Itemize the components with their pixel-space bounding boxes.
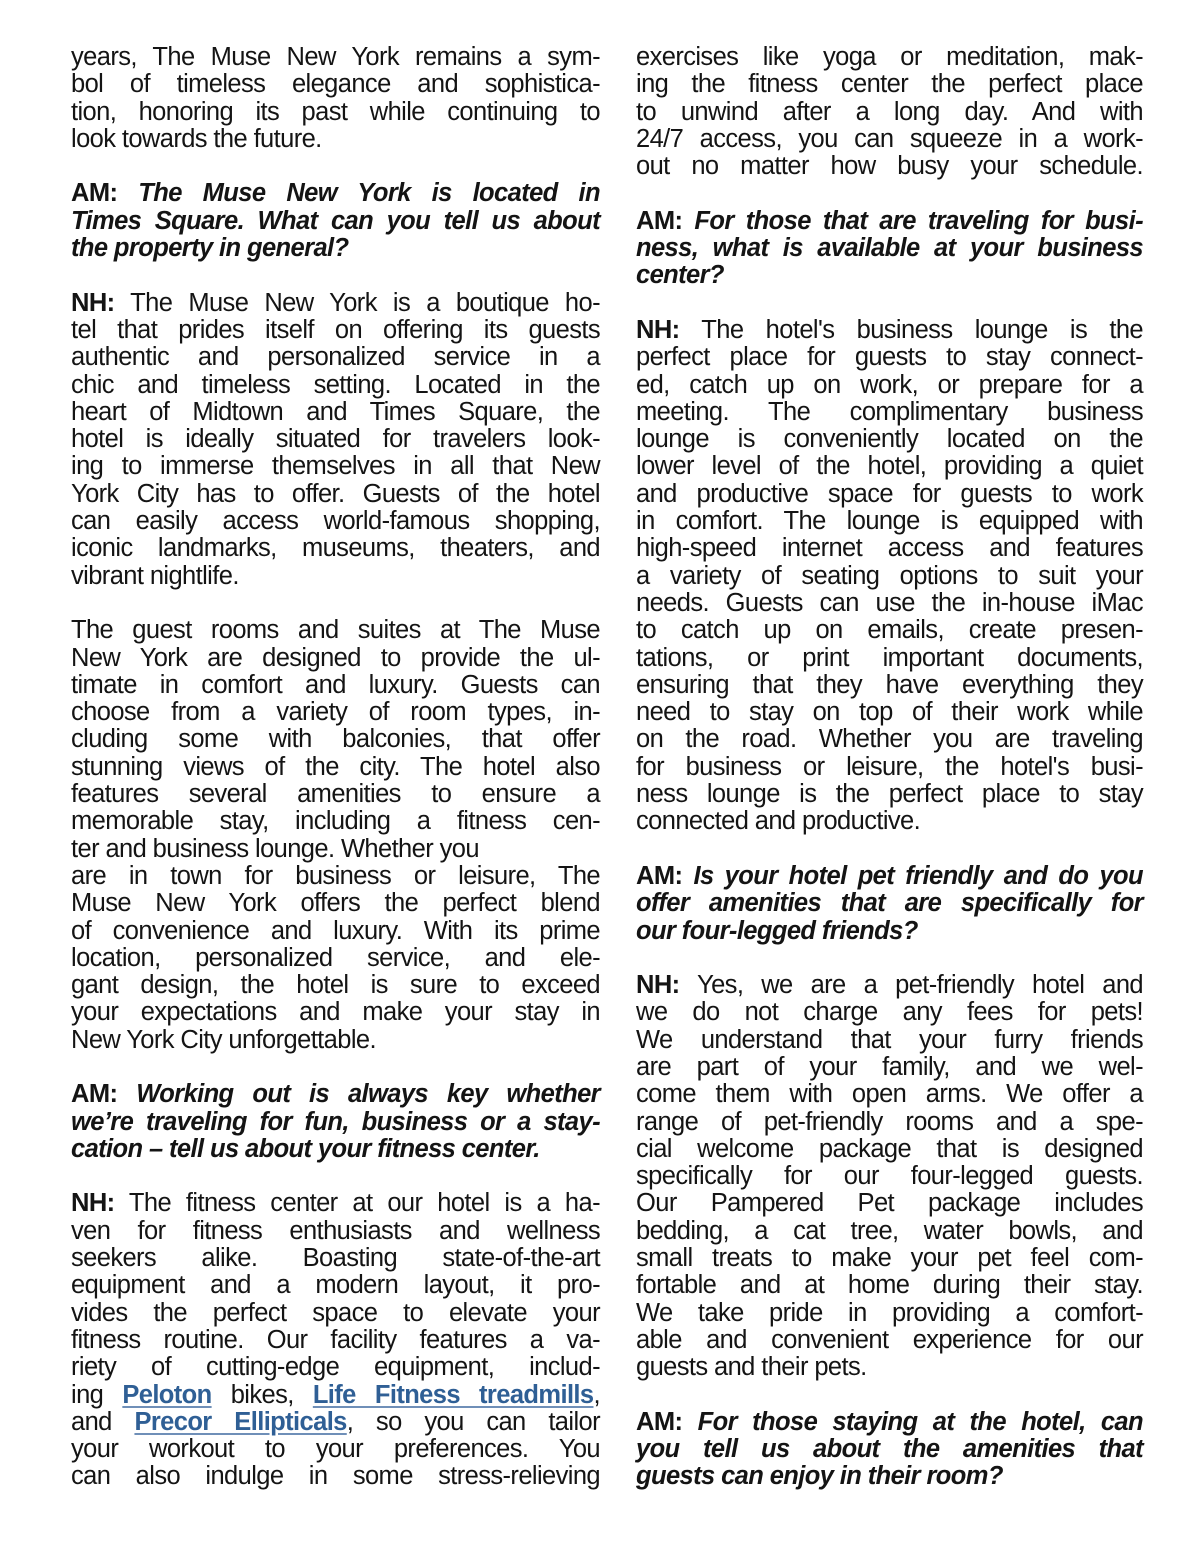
text-line: Muse New York offers the perfect blend	[71, 890, 600, 917]
text-line: needs. Guests can use the in-house iMac	[636, 590, 1143, 617]
text-line: able and convenient experience for our	[636, 1327, 1143, 1354]
text-line: ing to immerse themselves in all that Ne…	[71, 453, 600, 480]
text-line: AM: For those staying at the hotel, can	[636, 1409, 1143, 1436]
text-line: features several amenities to ensure a	[71, 781, 600, 808]
speaker-label: NH:	[636, 316, 680, 344]
text: ,	[594, 1381, 601, 1409]
text: and	[71, 1408, 134, 1436]
question-fitness: AM: Working out is always key whether we…	[71, 1081, 600, 1163]
text-line: AM: Is your hotel pet friendly and do yo…	[636, 863, 1143, 890]
speaker-label: AM:	[636, 207, 682, 235]
question-text: The Muse New York is located in	[117, 179, 600, 207]
question-text: Is your hotel pet friendly and do you	[682, 862, 1143, 890]
text-line: can also indulge in some stress-relievin…	[71, 1463, 600, 1490]
text-line: timate in comfort and luxury. Guests can	[71, 672, 600, 699]
fitness-paragraph-end: exercises like yoga or meditation, mak- …	[636, 44, 1143, 180]
intro-paragraph-end: years, The Muse New York remains a sym- …	[71, 44, 600, 153]
text-line: range of pet-friendly rooms and a spe-	[636, 1109, 1143, 1136]
text-line: in comfort. The lounge is equipped with	[636, 508, 1143, 535]
peloton-link[interactable]: Peloton	[122, 1381, 211, 1409]
text-line: NH: The fitness center at our hotel is a…	[71, 1190, 600, 1217]
text: bikes,	[212, 1381, 313, 1409]
question-text: For those staying at the hotel, can	[682, 1408, 1143, 1436]
text-line: your workout to your preferences. You	[71, 1436, 600, 1463]
text-line: the property in general?	[71, 235, 600, 262]
text-line: The guest rooms and suites at The Muse	[71, 617, 600, 644]
text-line: choose from a variety of room types, in-	[71, 699, 600, 726]
speaker-label: AM:	[636, 1408, 682, 1436]
text-line: center?	[636, 262, 1143, 289]
text-line: specifically for our four-legged guests.	[636, 1163, 1143, 1190]
text-line: bol of timeless elegance and sophistica-	[71, 71, 600, 98]
text-line: heart of Midtown and Times Square, the	[71, 399, 600, 426]
text-line: need to stay on top of their work while	[636, 699, 1143, 726]
answer-pets: NH: Yes, we are a pet-friendly hotel and…	[636, 972, 1143, 1381]
rooms-paragraph: The guest rooms and suites at The Muse N…	[71, 617, 600, 1054]
text-line: gant design, the hotel is sure to exceed	[71, 972, 600, 999]
text-line: Our Pampered Pet package includes	[636, 1190, 1143, 1217]
text: , so you can tailor	[347, 1408, 600, 1436]
text-line: to catch up on emails, create presen-	[636, 617, 1143, 644]
text-line: your expectations and make your stay in	[71, 999, 600, 1026]
text-line: connected and productive.	[636, 808, 1143, 835]
text-line: tations, or print important documents,	[636, 645, 1143, 672]
text-line: tel that prides itself on offering its g…	[71, 317, 600, 344]
right-column: exercises like yoga or meditation, mak- …	[636, 44, 1143, 1491]
question-property: AM: The Muse New York is located in Time…	[71, 180, 600, 262]
question-room-amenities: AM: For those staying at the hotel, can …	[636, 1409, 1143, 1491]
answer-business: NH: The hotel's business lounge is the p…	[636, 317, 1143, 836]
text-line: riety of cutting-edge equipment, includ-	[71, 1354, 600, 1381]
speaker-label: AM:	[71, 1080, 117, 1108]
text-line: ed, catch up on work, or prepare for a	[636, 372, 1143, 399]
text-line: years, The Muse New York remains a sym-	[71, 44, 600, 71]
text-line: AM: The Muse New York is located in	[71, 180, 600, 207]
answer-text: The Muse New York is a boutique ho-	[115, 289, 600, 317]
text-line: offer amenities that are specifically fo…	[636, 890, 1143, 917]
text-line: location, personalized service, and ele-	[71, 945, 600, 972]
text-line: ness lounge is the perfect place to stay	[636, 781, 1143, 808]
text-line: ensuring that they have everything they	[636, 672, 1143, 699]
text-line: We take pride in providing a comfort-	[636, 1300, 1143, 1327]
text-line: cation – tell us about your fitness cent…	[71, 1136, 600, 1163]
answer-text: The hotel's business lounge is the	[680, 316, 1143, 344]
text-line: look towards the future.	[71, 126, 600, 153]
text-line: high-speed internet access and features	[636, 535, 1143, 562]
text-line: vibrant nightlife.	[71, 563, 600, 590]
text-line: fortable and at home during their stay.	[636, 1272, 1143, 1299]
text-line: lounge is conveniently located on the	[636, 426, 1143, 453]
text-line: seekers alike. Boasting state-of-the-art	[71, 1245, 600, 1272]
question-pets: AM: Is your hotel pet friendly and do yo…	[636, 863, 1143, 945]
text-line: guests can enjoy in their room?	[636, 1463, 1143, 1490]
text-line: ing the fitness center the perfect place	[636, 71, 1143, 98]
text-line: We understand that your furry friends	[636, 1027, 1143, 1054]
text-line: ven for fitness enthusiasts and wellness	[71, 1218, 600, 1245]
text-line: York City has to offer. Guests of the ho…	[71, 481, 600, 508]
text-line: hotel is ideally situated for travelers …	[71, 426, 600, 453]
question-business: AM: For those that are traveling for bus…	[636, 208, 1143, 290]
text-line: come them with open arms. We offer a	[636, 1081, 1143, 1108]
speaker-label: NH:	[71, 1189, 115, 1217]
text-line: and productive space for guests to work	[636, 481, 1143, 508]
text-line: stunning views of the city. The hotel al…	[71, 754, 600, 781]
text-line: meeting. The complimentary business	[636, 399, 1143, 426]
answer-fitness: NH: The fitness center at our hotel is a…	[71, 1190, 600, 1490]
text-line: cial welcome package that is designed	[636, 1136, 1143, 1163]
answer-text: The fitness center at our hotel is a ha-	[115, 1189, 600, 1217]
text-line: we do not charge any fees for pets!	[636, 999, 1143, 1026]
text-line: our four-legged friends?	[636, 918, 1143, 945]
text-line: guests and their pets.	[636, 1354, 1143, 1381]
text-line: equipment and a modern layout, it pro-	[71, 1272, 600, 1299]
text-line: out no matter how busy your schedule.	[636, 153, 1143, 180]
text-line: tion, honoring its past while continuing…	[71, 99, 600, 126]
speaker-label: NH:	[636, 971, 680, 999]
text-line: of convenience and luxury. With its prim…	[71, 918, 600, 945]
text-line: New York City unforgettable.	[71, 1027, 600, 1054]
text-line: vides the perfect space to elevate your	[71, 1300, 600, 1327]
text-line: fitness routine. Our facility features a…	[71, 1327, 600, 1354]
text-line: are in town for business or leisure, The	[71, 863, 600, 890]
speaker-label: NH:	[71, 289, 115, 317]
text-line: can easily access world-famous shopping,	[71, 508, 600, 535]
text-line: exercises like yoga or meditation, mak-	[636, 44, 1143, 71]
text-line: ter and business lounge. Whether you	[71, 836, 600, 863]
text-line: we’re traveling for fun, business or a s…	[71, 1109, 600, 1136]
text-line: a variety of seating options to suit you…	[636, 563, 1143, 590]
text-line: for business or leisure, the hotel's bus…	[636, 754, 1143, 781]
answer-property: NH: The Muse New York is a boutique ho- …	[71, 290, 600, 590]
text-line: ing Peloton bikes, Life Fitness treadmil…	[71, 1382, 600, 1409]
life-fitness-treadmills-link[interactable]: Life Fitness treadmills	[313, 1381, 594, 1409]
text-line: Times Square. What can you tell us about	[71, 208, 600, 235]
speaker-label: AM:	[71, 179, 117, 207]
text-line: NH: The hotel's business lounge is the	[636, 317, 1143, 344]
text-line: authentic and personalized service in a	[71, 344, 600, 371]
text-line: to unwind after a long day. And with	[636, 99, 1143, 126]
text-line: perfect place for guests to stay connect…	[636, 344, 1143, 371]
question-text: Working out is always key whether	[117, 1080, 600, 1108]
text-line: bedding, a cat tree, water bowls, and	[636, 1218, 1143, 1245]
document-page: years, The Muse New York remains a sym- …	[0, 0, 1200, 1549]
speaker-label: AM:	[636, 862, 682, 890]
left-column: years, The Muse New York remains a sym- …	[71, 44, 600, 1491]
text-line: cluding some with balconies, that offer	[71, 726, 600, 753]
text-line: NH: The Muse New York is a boutique ho-	[71, 290, 600, 317]
question-text: For those that are traveling for busi-	[682, 207, 1143, 235]
answer-text: Yes, we are a pet-friendly hotel and	[680, 971, 1143, 999]
text-line: and Precor Ellipticals, so you can tailo…	[71, 1409, 600, 1436]
text-line: memorable stay, including a fitness cen-	[71, 808, 600, 835]
text-line: small treats to make your pet feel com-	[636, 1245, 1143, 1272]
text-line: chic and timeless setting. Located in th…	[71, 372, 600, 399]
text-line: ness, what is available at your business	[636, 235, 1143, 262]
text-line: New York are designed to provide the ul-	[71, 645, 600, 672]
precor-ellipticals-link[interactable]: Precor Ellipticals	[134, 1408, 346, 1436]
text-line: lower level of the hotel, providing a qu…	[636, 453, 1143, 480]
text-line: AM: For those that are traveling for bus…	[636, 208, 1143, 235]
text: ing	[71, 1381, 122, 1409]
text-line: are part of your family, and we wel-	[636, 1054, 1143, 1081]
text-line: 24/7 access, you can squeeze in a work-	[636, 126, 1143, 153]
text-line: AM: Working out is always key whether	[71, 1081, 600, 1108]
text-line: on the road. Whether you are traveling	[636, 726, 1143, 753]
text-line: you tell us about the amenities that	[636, 1436, 1143, 1463]
text-line: NH: Yes, we are a pet-friendly hotel and	[636, 972, 1143, 999]
text-line: iconic landmarks, museums, theaters, and	[71, 535, 600, 562]
